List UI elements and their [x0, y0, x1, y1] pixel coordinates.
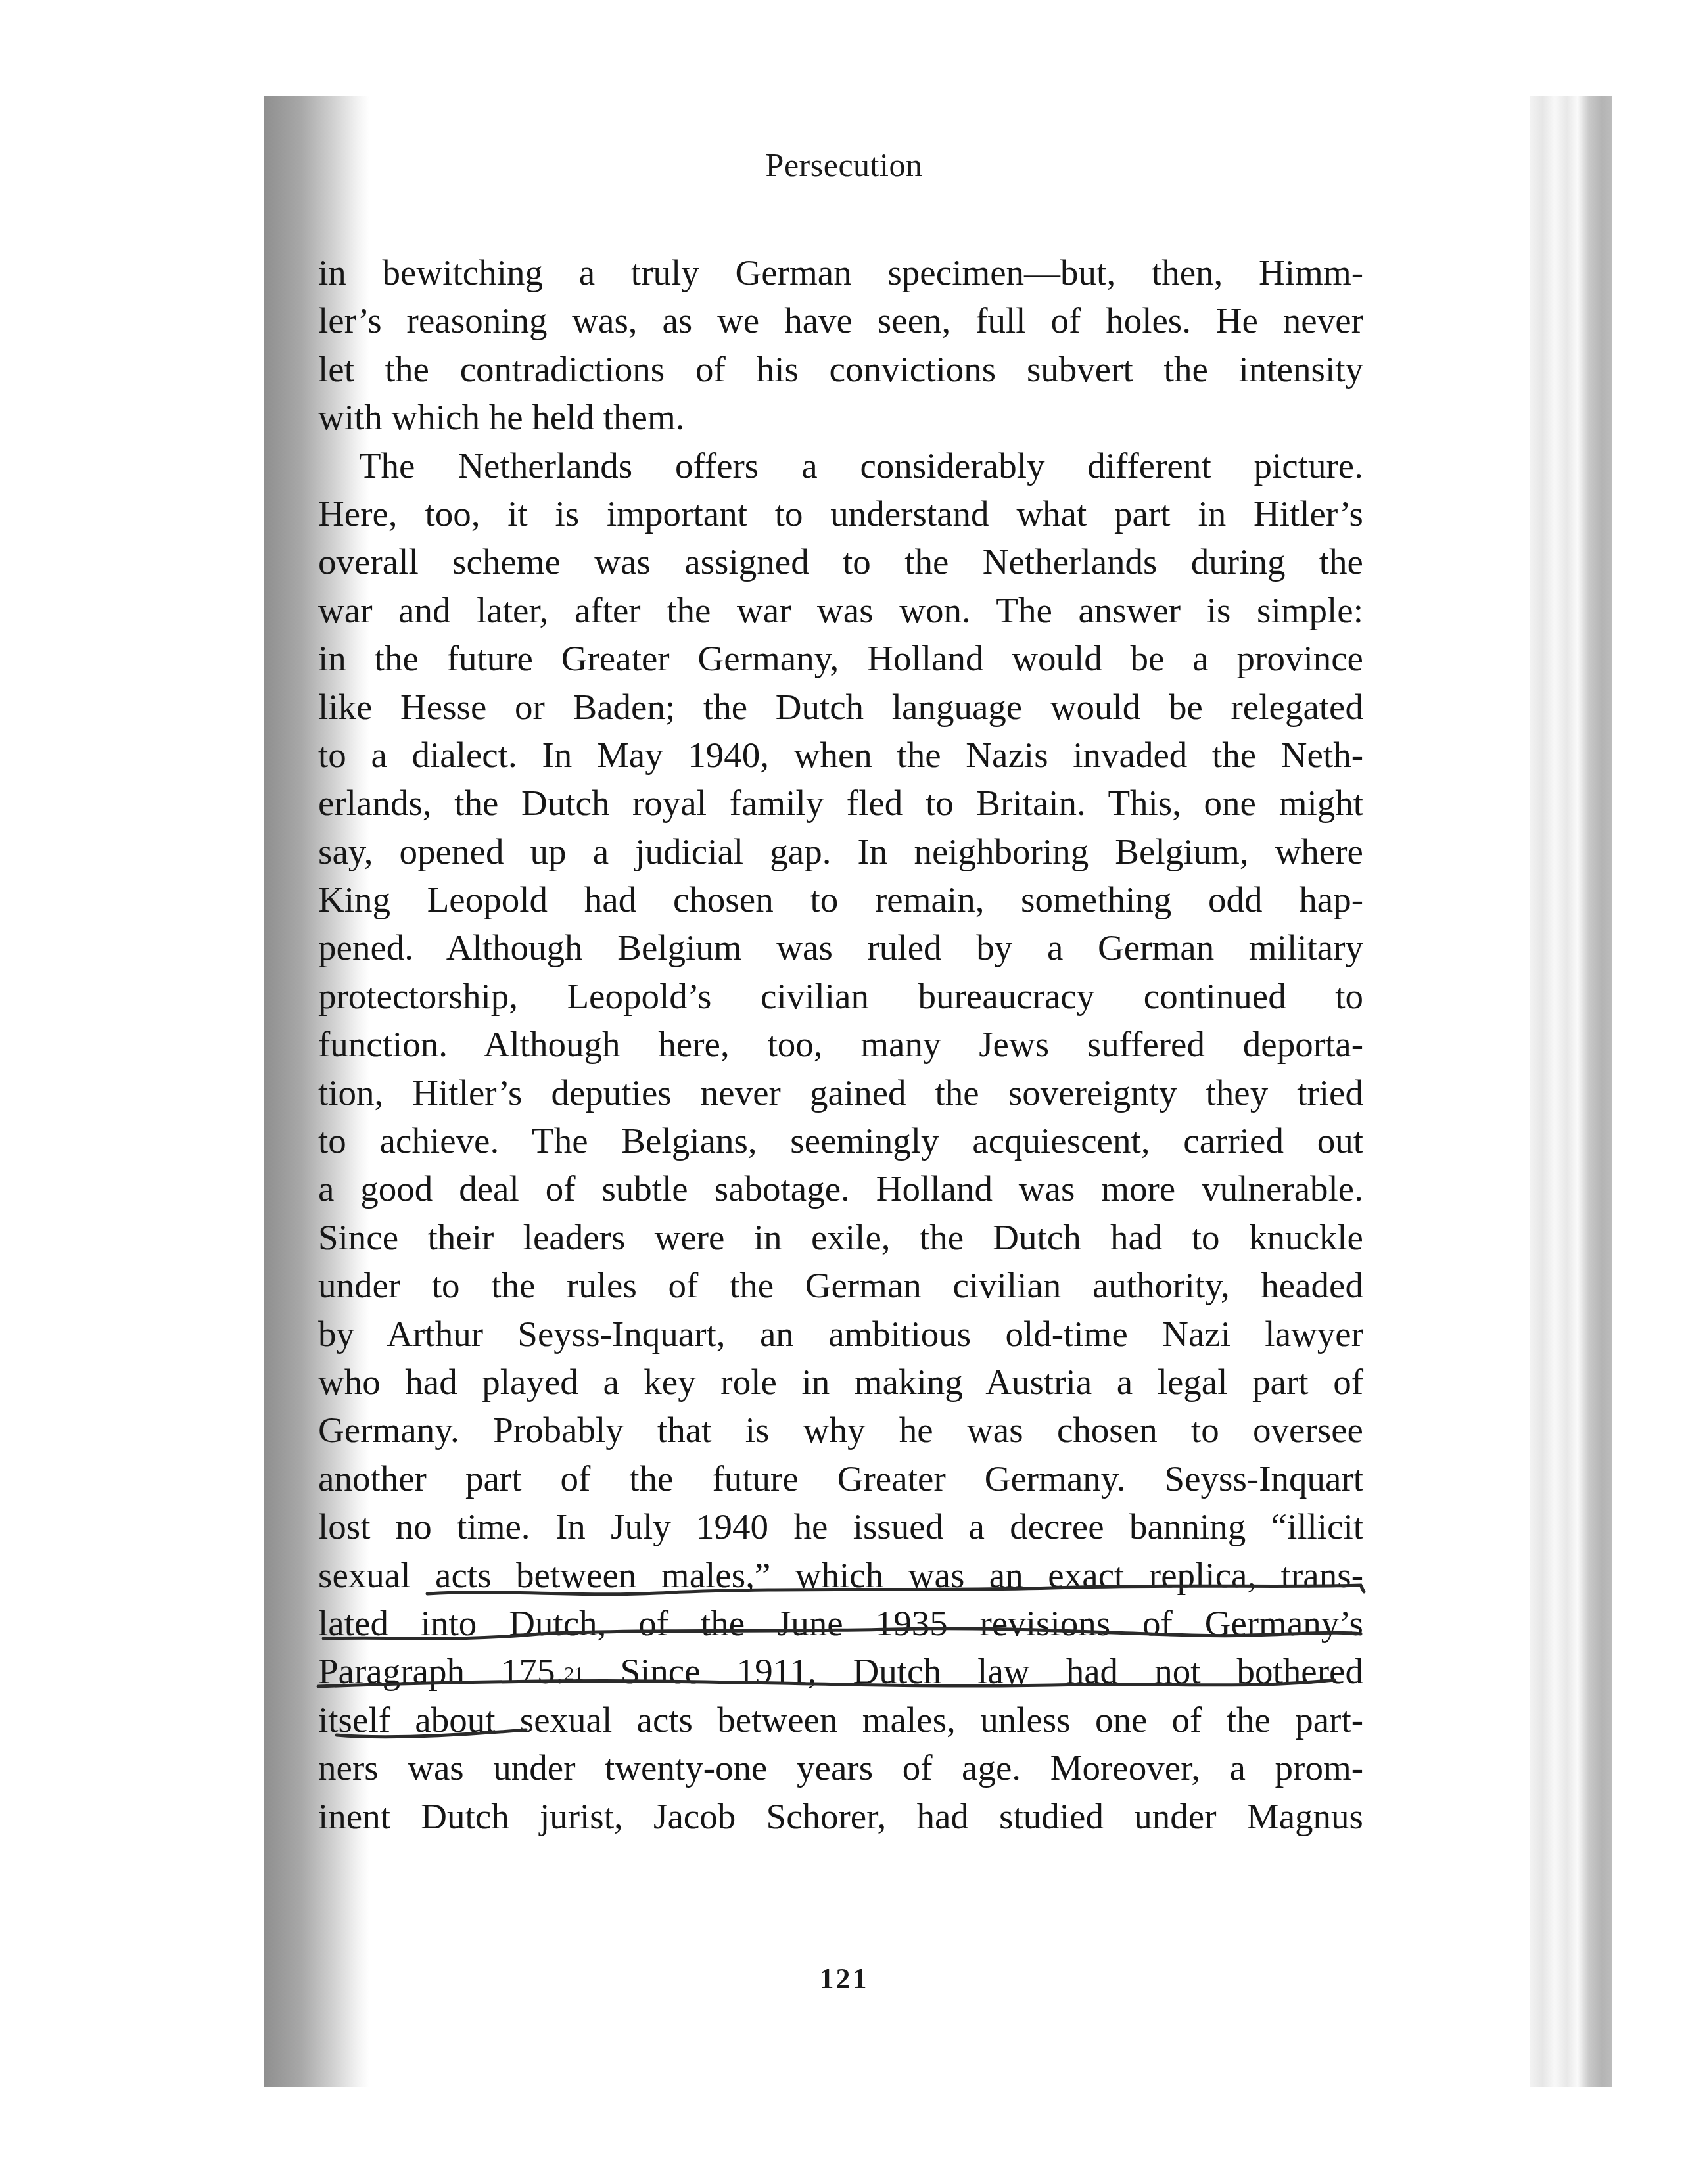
text-line: Here, too, it is important to understand… — [318, 490, 1363, 538]
text-line: Germany. Probably that is why he was cho… — [318, 1406, 1363, 1454]
body-text: in bewitching a truly German specimen—bu… — [318, 248, 1363, 1840]
text-line: King Leopold had chosen to remain, somet… — [318, 875, 1363, 923]
underlined-text-line: sexual acts between males,” which was an… — [318, 1551, 1363, 1599]
text-line: war and later, after the war was won. Th… — [318, 586, 1363, 634]
text-line: in bewitching a truly German specimen—bu… — [318, 248, 1363, 296]
text-line: by Arthur Seyss-Inquart, an ambitious ol… — [318, 1310, 1363, 1358]
text-line: function. Although here, too, many Jews … — [318, 1020, 1363, 1068]
text-line: ler’s reasoning was, as we have seen, fu… — [318, 296, 1363, 344]
page-number: 121 — [0, 1962, 1688, 1995]
page-edge-strip — [1530, 96, 1612, 2087]
text-line: overall scheme was assigned to the Nethe… — [318, 538, 1363, 586]
text-line: who had played a key role in making Aust… — [318, 1358, 1363, 1406]
text-line: to achieve. The Belgians, seemingly acqu… — [318, 1117, 1363, 1165]
text-line: inent Dutch jurist, Jacob Schorer, had s… — [318, 1792, 1363, 1840]
text-line: Since their leaders were in exile, the D… — [318, 1213, 1363, 1261]
text-line: to a dialect. In May 1940, when the Nazi… — [318, 731, 1363, 779]
text-line: pened. Although Belgium was ruled by a G… — [318, 923, 1363, 971]
text-segment: Since 1911, Dutch law had not bothered — [584, 1651, 1363, 1691]
text-line: protectorship, Leopold’s civilian bureau… — [318, 972, 1363, 1020]
text-line: another part of the future Greater Germa… — [318, 1454, 1363, 1502]
text-line: a good deal of subtle sabotage. Holland … — [318, 1165, 1363, 1213]
paragraph-start-line: The Netherlands offers a considerably di… — [318, 442, 1363, 490]
text-line: under to the rules of the German civilia… — [318, 1261, 1363, 1309]
text-line: let the contradictions of his conviction… — [318, 345, 1363, 393]
text-line: erlands, the Dutch royal family fled to … — [318, 779, 1363, 827]
scanned-book-page: Persecution in bewitching a truly German… — [0, 0, 1688, 2184]
footnoted-text-line: Paragraph 175.21 Since 1911, Dutch law h… — [318, 1647, 1363, 1695]
text-line: in the future Greater Germany, Holland w… — [318, 634, 1363, 682]
text-segment: Paragraph 175. — [318, 1651, 564, 1691]
text-line: with which he held them. — [318, 393, 1363, 441]
running-head: Persecution — [0, 146, 1688, 184]
text-line: ners was under twenty-one years of age. … — [318, 1744, 1363, 1792]
text-line: lost no time. In July 1940 he issued a d… — [318, 1502, 1363, 1550]
text-line: itself about sexual acts between males, … — [318, 1696, 1363, 1744]
underlined-text-line: lated into Dutch, of the June 1935 revis… — [318, 1599, 1363, 1647]
footnote-marker: 21 — [564, 1663, 584, 1684]
text-line: tion, Hitler’s deputies never gained the… — [318, 1069, 1363, 1117]
text-line: like Hesse or Baden; the Dutch language … — [318, 683, 1363, 731]
text-line: say, opened up a judicial gap. In neighb… — [318, 827, 1363, 875]
